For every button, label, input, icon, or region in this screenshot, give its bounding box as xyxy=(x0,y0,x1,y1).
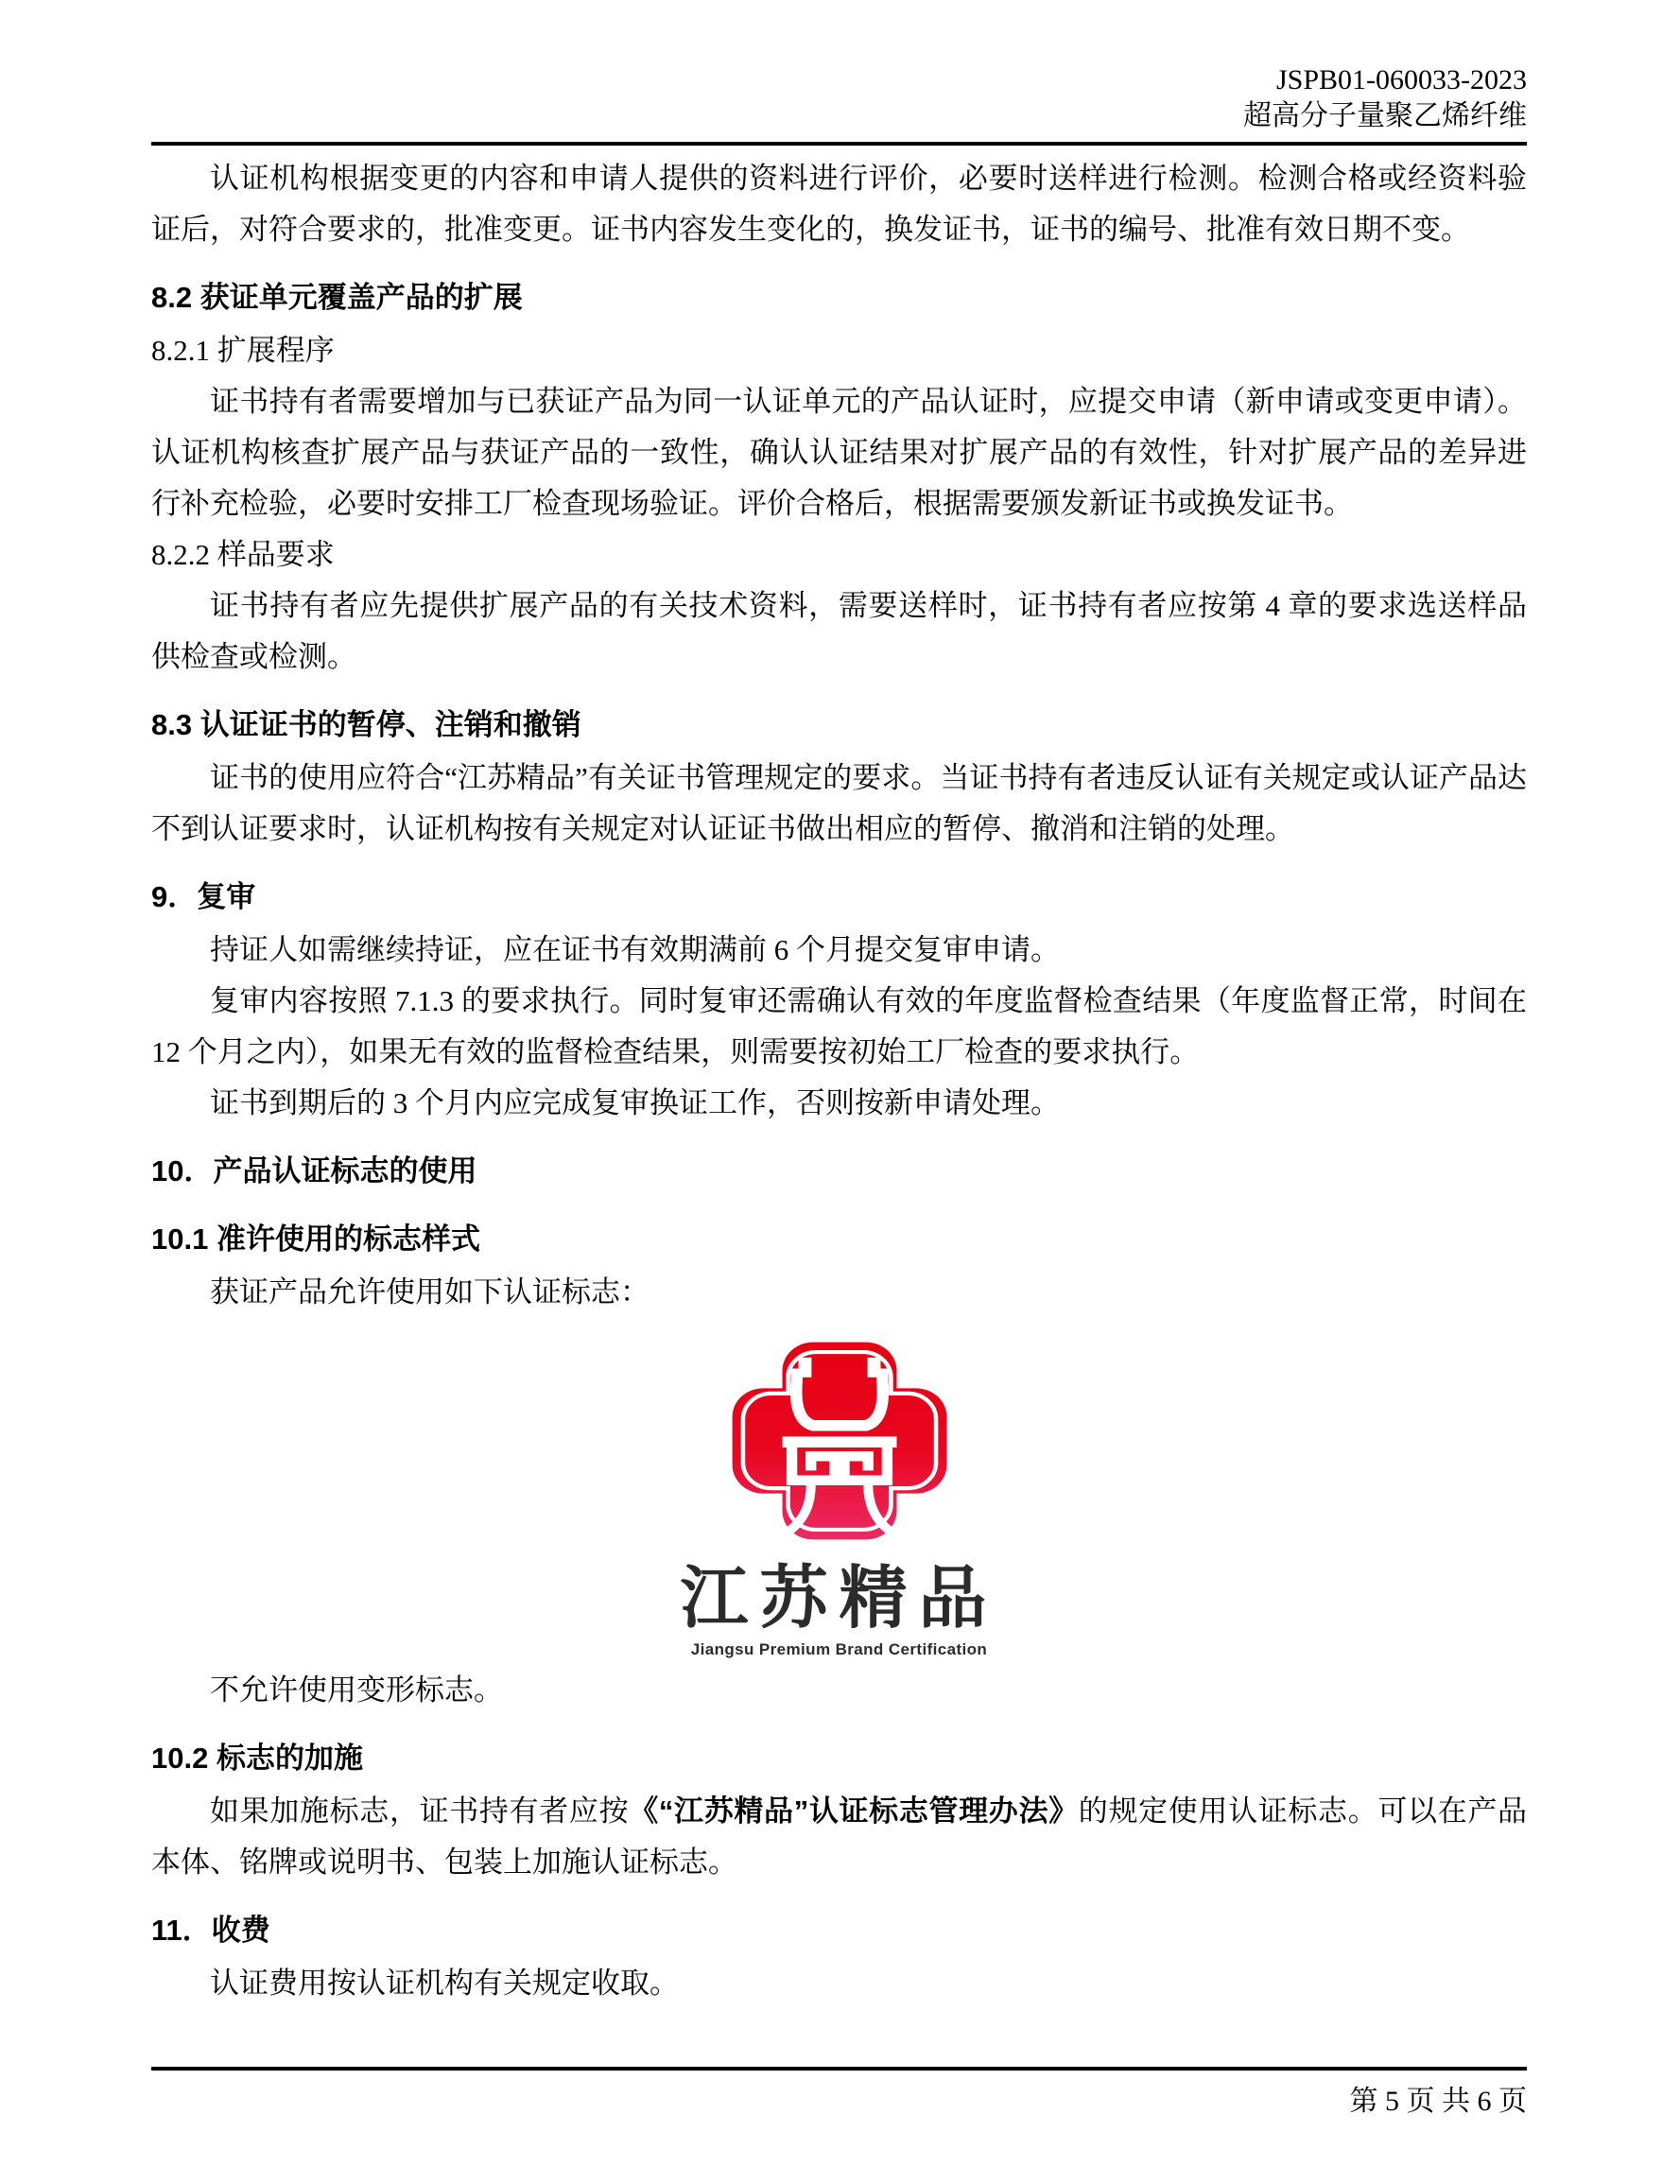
paragraph-8-2-1: 证书持有者需要增加与已获证产品为同一认证单元的产品认证时，应提交申请（新申请或变… xyxy=(151,376,1527,529)
page-number: 第 5 页 共 6 页 xyxy=(1350,2086,1528,2117)
jiangsu-premium-brand-logo-icon xyxy=(720,1331,959,1551)
heading-8-2-2: 8.2.2 样品要求 xyxy=(151,529,1527,581)
header-text-block: JSPB01-060033-2023 超高分子量聚乙烯纤维 xyxy=(151,0,1527,134)
document-page: JSPB01-060033-2023 超高分子量聚乙烯纤维 认证机构根据变更的内… xyxy=(0,0,1680,2184)
paragraph-8-2-2: 证书持有者应先提供扩展产品的有关技术资料，需要送样时，证书持有者应按第 4 章的… xyxy=(151,581,1527,683)
document-product-name: 超高分子量聚乙烯纤维 xyxy=(151,98,1527,134)
paragraph-10-1-note: 不允许使用变形标志。 xyxy=(151,1665,1527,1716)
document-code: JSPB01-060033-2023 xyxy=(151,62,1527,98)
heading-11: 11．收费 xyxy=(151,1905,1527,1956)
heading-9: 9．复审 xyxy=(151,872,1527,923)
paragraph-change-evaluation: 认证机构根据变更的内容和申请人提供的资料进行评价，必要时送样进行检测。检测合格或… xyxy=(151,153,1527,255)
paragraph-10-2-book-title: 《“江苏精品”认证标志管理办法》 xyxy=(629,1794,1079,1828)
paragraph-10-1-intro: 获证产品允许使用如下认证标志： xyxy=(151,1267,1527,1318)
paragraph-8-3: 证书的使用应符合“江苏精品”有关证书管理规定的要求。当证书持有者违反认证有关规定… xyxy=(151,753,1527,855)
certification-mark: 江苏精品 Jiangsu Premium Brand Certification xyxy=(151,1331,1527,1659)
heading-8-2-1: 8.2.1 扩展程序 xyxy=(151,325,1527,376)
heading-10-2: 10.2 标志的加施 xyxy=(151,1733,1527,1784)
heading-8-3: 8.3 认证证书的暂停、注销和撤销 xyxy=(151,700,1527,751)
heading-10: 10．产品认证标志的使用 xyxy=(151,1146,1527,1197)
page-header: JSPB01-060033-2023 超高分子量聚乙烯纤维 xyxy=(151,0,1527,146)
paragraph-10-2: 如果加施标志，证书持有者应按《“江苏精品”认证标志管理办法》的规定使用认证标志。… xyxy=(151,1786,1527,1888)
page-footer: 第 5 页 共 6 页 xyxy=(151,2067,1527,2119)
logo-chinese-name: 江苏精品 xyxy=(151,1560,1527,1638)
document-body: 认证机构根据变更的内容和申请人提供的资料进行评价，必要时送样进行检测。检测合格或… xyxy=(151,153,1527,2009)
paragraph-9-3: 证书到期后的 3 个月内应完成复审换证工作，否则按新申请处理。 xyxy=(151,1078,1527,1129)
paragraph-9-2: 复审内容按照 7.1.3 的要求执行。同时复审还需确认有效的年度监督检查结果（年… xyxy=(151,976,1527,1078)
heading-8-2: 8.2 获证单元覆盖产品的扩展 xyxy=(151,272,1527,323)
header-rule xyxy=(151,142,1527,146)
paragraph-9-1: 持证人如需继续持证，应在证书有效期满前 6 个月提交复审申请。 xyxy=(151,925,1527,976)
paragraph-10-2-pre: 如果加施标志，证书持有者应按 xyxy=(210,1794,629,1828)
logo-english-name: Jiangsu Premium Brand Certification xyxy=(151,1640,1527,1659)
heading-10-1: 10.1 准许使用的标志样式 xyxy=(151,1214,1527,1265)
paragraph-11: 认证费用按认证机构有关规定收取。 xyxy=(151,1958,1527,2009)
